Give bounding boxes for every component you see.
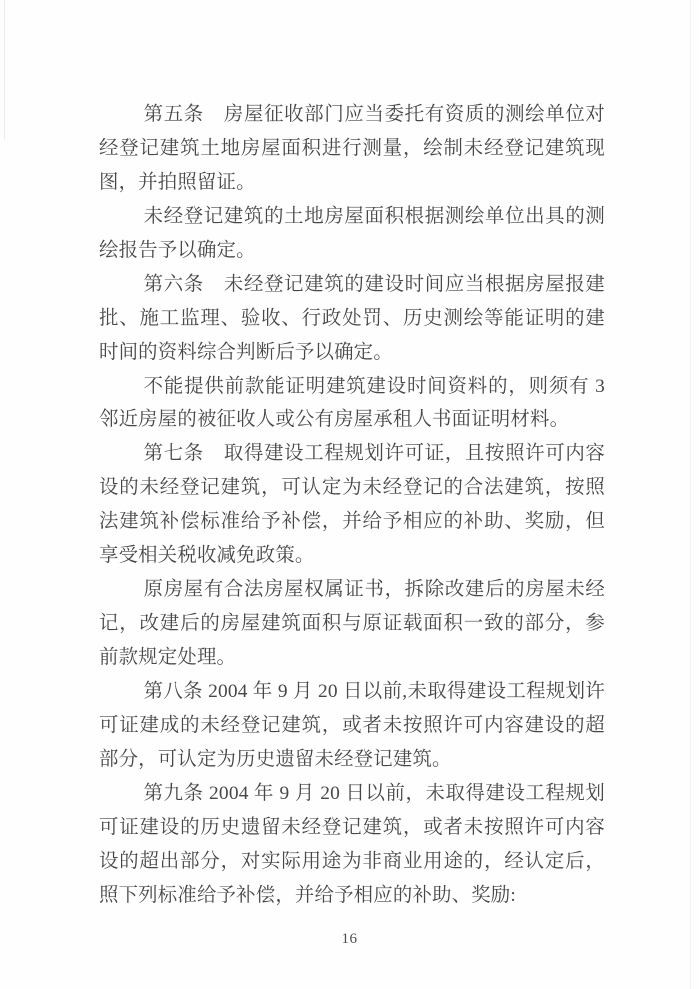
text-line-14: 享受相关税收减免政策。: [99, 539, 605, 573]
text-line-15: 原房屋有合法房屋权属证书，拆除改建后的房屋未经登: [99, 573, 605, 607]
document-body: 第五条 房屋征收部门应当委托有资质的测绘单位对未经登记建筑土地房屋面积进行测量，…: [99, 98, 605, 913]
page-number: 16: [0, 931, 699, 948]
text-line-19: 可证建成的未经登记建筑，或者未按照许可内容建设的超出: [99, 709, 605, 743]
scan-edge-artifact-left: [4, 0, 5, 140]
text-line-12: 设的未经登记建筑，可认定为未经登记的合法建筑，按照合: [99, 471, 605, 505]
text-line-18: 第八条 2004 年 9 月 20 日以前,未取得建设工程规划许: [99, 675, 605, 709]
text-line-3: 图，并拍照留证。: [99, 166, 605, 200]
text-line-11: 第七条 取得建设工程规划许可证，且按照许可内容建: [99, 437, 605, 471]
text-line-22: 可证建设的历史遗留未经登记建筑，或者未按照许可内容建: [99, 811, 605, 845]
text-line-24: 照下列标准给予补偿，并给予相应的补助、奖励:: [99, 879, 605, 913]
text-line-23: 设的超出部分，对实际用途为非商业用途的，经认定后，按: [99, 845, 605, 879]
text-line-10: 邻近房屋的被征收人或公有房屋承租人书面证明材料。: [99, 403, 605, 437]
text-line-9: 不能提供前款能证明建筑建设时间资料的，则须有 3 名: [99, 370, 605, 404]
text-line-2: 经登记建筑土地房屋面积进行测量，绘制未经登记建筑现状: [99, 132, 605, 166]
text-line-20: 部分，可认定为历史遗留未经登记建筑。: [99, 743, 605, 777]
text-line-4: 未经登记建筑的土地房屋面积根据测绘单位出具的测: [99, 200, 605, 234]
text-line-5: 绘报告予以确定。: [99, 234, 605, 268]
text-line-7: 批、施工监理、验收、行政处罚、历史测绘等能证明的建设: [99, 302, 605, 336]
scan-edge-artifact-right: [690, 0, 691, 989]
text-line-17: 前款规定处理。: [99, 641, 605, 675]
text-line-8: 时间的资料综合判断后予以确定。: [99, 336, 605, 370]
text-line-16: 记，改建后的房屋建筑面积与原证载面积一致的部分，参照: [99, 607, 605, 641]
scanned-document-page: 第五条 房屋征收部门应当委托有资质的测绘单位对未经登记建筑土地房屋面积进行测量，…: [0, 0, 699, 989]
text-line-21: 第九条 2004 年 9 月 20 日以前，未取得建设工程规划许: [99, 777, 605, 811]
text-line-6: 第六条 未经登记建筑的建设时间应当根据房屋报建审: [99, 268, 605, 302]
text-line-1: 第五条 房屋征收部门应当委托有资质的测绘单位对未: [99, 98, 605, 132]
text-line-13: 法建筑补偿标准给予补偿，并给予相应的补助、奖励，但不: [99, 505, 605, 539]
